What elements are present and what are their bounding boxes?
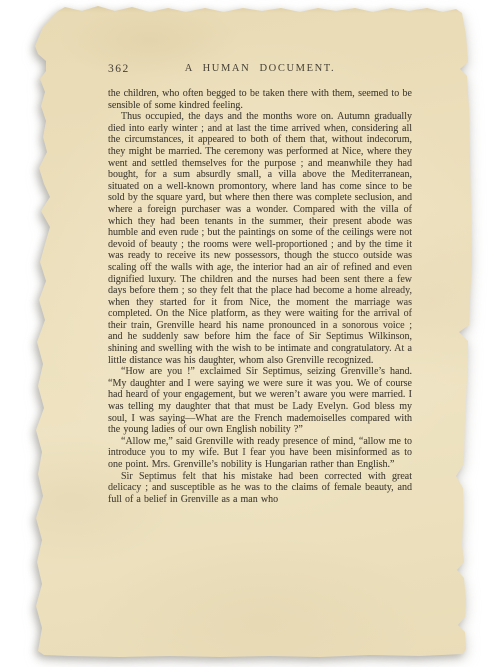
page-body: the children, who often begged to be tak…: [108, 88, 412, 505]
body-paragraph: “Allow me,” said Grenville with ready pr…: [108, 436, 412, 471]
running-title: A HUMAN DOCUMENT.: [108, 63, 412, 74]
body-paragraph: the children, who often begged to be tak…: [108, 88, 412, 111]
body-paragraph: “How are you !” exclaimed Sir Septimus, …: [108, 366, 412, 436]
body-paragraph: Sir Septimus felt that his mistake had b…: [108, 471, 412, 506]
book-page: 362 A HUMAN DOCUMENT. the children, who …: [0, 0, 500, 667]
page-number: 362: [108, 63, 130, 75]
page-shadow-wrap: 362 A HUMAN DOCUMENT. the children, who …: [0, 0, 500, 667]
page-header: 362 A HUMAN DOCUMENT.: [108, 63, 412, 77]
body-paragraph: Thus occupied, the days and the months w…: [108, 111, 412, 366]
scan-background: 362 A HUMAN DOCUMENT. the children, who …: [0, 0, 500, 667]
